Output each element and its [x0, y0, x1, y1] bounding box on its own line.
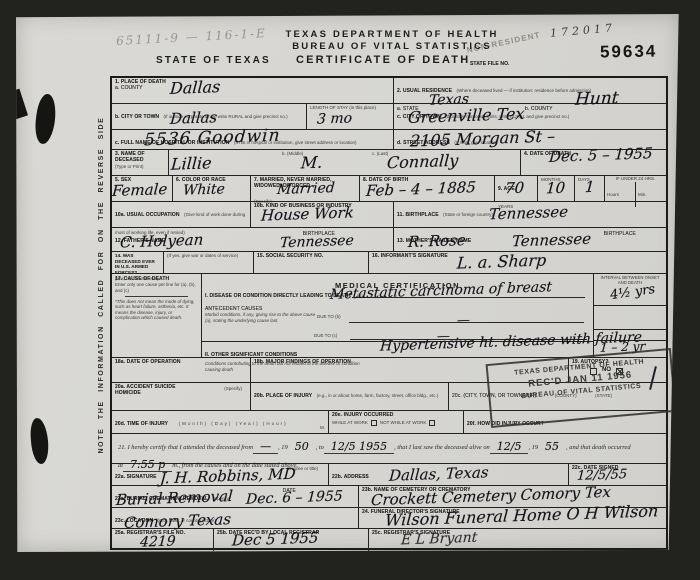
place-of-injury-label: 20b. PLACE OF INJURY [254, 393, 312, 399]
field-last-name: c. (Last) Connally [369, 150, 521, 175]
marital-value: Married [277, 181, 336, 197]
field-date-signed: 22c. DATE SIGNED 12/5/55 [569, 464, 666, 485]
county-value: Dallas [169, 79, 220, 97]
dob-value: Feb – 4 – 1885 [366, 180, 477, 199]
physician-address-value: Dallas, Texas [389, 465, 490, 484]
min-label: Min. [638, 192, 647, 197]
field-middle-name: b. (Middle) M. [279, 150, 369, 175]
while-at-work-label: WHILE AT WORK [332, 420, 368, 426]
scanned-death-certificate: { "side_note": "NOTE THE INFORMATION CAL… [0, 0, 700, 580]
field-burial-location: 23c. LOCATION (City, town, or county) (S… [112, 508, 359, 528]
name-label: 3. NAME OF DECEASED [115, 151, 165, 164]
accident-sub: (Specify) [224, 386, 242, 392]
field-marital-status: 7. MARRIED, NEVER MARRIED, WIDOWED, DIVO… [251, 176, 360, 201]
cert-h5: 55 [538, 440, 566, 453]
field-physician-address: 22b. ADDRESS Dallas, Texas [329, 464, 569, 485]
birthplace-label: 11. BIRTHPLACE [397, 212, 439, 218]
residence-city-value: Greenville Tex [407, 106, 525, 126]
field-hospital: c. FULL NAME OF HOSPITAL OR INSTITUTION … [112, 130, 394, 149]
field-name-of-deceased: 3. NAME OF DECEASED (Type or Print) [112, 150, 169, 175]
registrar-file-value: 4219 [140, 534, 177, 549]
field-armed-forces-war: (If yes, give war or dates of service) [164, 252, 254, 273]
hours-label: Hours [607, 192, 619, 197]
ssn-label: 15. SOCIAL SECURITY NO. [257, 253, 365, 259]
cert-p4: , that I last saw the deceased alive on [394, 444, 490, 451]
field-age-under-24h: IF UNDER 24 HRS. Hours Min. [605, 176, 666, 201]
field-informant: 16. INFORMANT'S SIGNATURE L. a. Sharp [369, 252, 666, 273]
physician-signature-value: J. H. Robbins, MD [160, 467, 297, 487]
certificate-form: 1. PLACE OF DEATH a. COUNTY Dallas 2. US… [110, 76, 668, 550]
while-at-work-checkbox [371, 420, 377, 426]
antecedent-note: Morbid conditions, if any, giving rise t… [205, 312, 317, 323]
interval-a-value: 4½ yrs [609, 283, 656, 302]
antecedent-block: ANTECEDENT CAUSES Morbid conditions, if … [202, 306, 593, 330]
cert-h2: 50 [288, 440, 316, 453]
time-of-injury-m: M. [320, 425, 325, 431]
cert-p1: 21. I hereby certify that I attended the… [118, 444, 253, 451]
header-title: CERTIFICATE OF DEATH [296, 54, 470, 66]
other-significant-conditions: II. OTHER SIGNIFICANT CONDITIONS Conditi… [202, 341, 593, 356]
field-age-years: 9. AGE YEARS 70 [495, 176, 538, 201]
due-to-b: DUE TO (b) — [317, 306, 590, 330]
race-value: White [183, 182, 226, 198]
operation-date-label: 18a. DATE OF OPERATION [115, 359, 247, 365]
field-residence-city: c. CITY OR TOWN (If outside corporate li… [394, 104, 666, 129]
date-of-death-value: Dec. 5 – 1955 [549, 146, 654, 165]
field-physician-signature: 22a. SIGNATURE (Degree or title) J. H. R… [112, 464, 329, 485]
date-signed-value: 12/5/55 [577, 468, 628, 483]
field-place-of-injury: 20b. PLACE OF INJURY (e.g., in or about … [251, 383, 449, 410]
cause-line-a: I. DISEASE OR CONDITION DIRECTLY LEADING… [202, 284, 593, 306]
field-first-name: Lillie [169, 150, 279, 175]
field-mother: 13. MOTHER'S MAIDEN NAME BIRTHPLACE R. R… [394, 228, 666, 251]
cert-h4: 12/5 [490, 440, 529, 454]
field-industry: 10b. KIND OF BUSINESS OR INDUSTRY House … [251, 202, 394, 227]
interval-b-cell [594, 306, 666, 330]
field-race: 6. COLOR OR RACE White [173, 176, 251, 201]
last-name-value: Connally [386, 153, 458, 172]
divider [125, 296, 188, 297]
birthplace-value: Tennessee [488, 205, 568, 223]
cert-p5: , 19 [528, 444, 538, 451]
field-burial: 23a. BURIAL, CREMATION, REMOVAL (Specify… [112, 486, 359, 507]
field-age-days: DAYS 1 [575, 176, 605, 201]
armed-forces-sub2: (If yes, give war or dates of service) [167, 253, 250, 259]
signature-label: 22a. SIGNATURE [115, 474, 157, 480]
field-date-of-death: 4. DATE OF DEATH Dec. 5 – 1955 [521, 150, 666, 175]
age-days-value: 1 [584, 180, 595, 195]
registrar-signature-value: E L Bryant [401, 531, 478, 548]
occupation-label: 10a. USUAL OCCUPATION [115, 212, 180, 218]
usual-residence-sub: (Where deceased lived — if institution: … [457, 88, 592, 93]
cert-h3: 12/5 1955 [324, 440, 394, 454]
field-ssn: 15. SOCIAL SECURITY NO. [254, 252, 369, 273]
field-armed-forces: 14. WAS DECEASED EVER IN U.S. ARMED FORC… [112, 252, 164, 273]
hospital-value: 5536 Goodwin [143, 128, 281, 150]
not-while-at-work-checkbox [429, 420, 435, 426]
state-file-no: 59634 [600, 42, 658, 63]
cert-p3: , to [316, 444, 324, 451]
paper-tear-notch [7, 89, 28, 120]
field-father: 12. FATHER'S NAME BIRTHPLACE C. Holyean … [112, 228, 394, 251]
field-date-of-operation: 18a. DATE OF OPERATION [112, 358, 251, 382]
field-sex: 5. SEX Female [112, 176, 173, 201]
field-usual-residence: 2. USUAL RESIDENCE (Where deceased lived… [394, 78, 666, 103]
hole-punch-top [33, 93, 58, 145]
place-of-injury-sub: (e.g., in or about home, farm, factory, … [317, 393, 439, 398]
middle-name-value: M. [300, 155, 323, 172]
age-years-value: 70 [504, 181, 524, 197]
field-date-received: 25b. DATE REC'D BY LOCAL REGISTRAR Dec 5… [214, 529, 369, 551]
field-occupation: 10a. USUAL OCCUPATION (Give kind of work… [112, 202, 251, 227]
age-months-value: 10 [545, 181, 565, 197]
header-department: TEXAS DEPARTMENT OF HEALTH [192, 29, 592, 40]
certificate-paper: 65111-9 — 116-1-E 172017 NON-RESIDENT TE… [16, 14, 680, 552]
field-funeral-director: 24. FUNERAL DIRECTOR'S SIGNATURE Wilson … [359, 508, 666, 528]
cert-h1: — [253, 440, 278, 454]
informant-signature-value: L. a. Sharp [456, 252, 546, 271]
residence-county-value: Hunt [574, 90, 619, 109]
header-bureau: BUREAU OF VITAL STATISTICS [192, 41, 592, 52]
birthplace-sub: (State or foreign country) [443, 212, 493, 217]
field-injury-occurred: 20e. INJURY OCCURRED WHILE AT WORK NOT W… [329, 411, 464, 433]
field-registrar-signature: 25c. REGISTRAR'S SIGNATURE E L Bryant [369, 529, 666, 551]
city-value: Dallas [169, 110, 217, 127]
header-state-of-texas: STATE OF TEXAS [156, 55, 271, 66]
field-certification-statement: 21. I hereby certify that I attended the… [112, 434, 666, 463]
field-birthplace: 11. BIRTHPLACE (State or foreign country… [394, 202, 666, 227]
state-file-no-label: STATE FILE NO. [470, 61, 510, 67]
length-of-stay-value: 3 mo [317, 111, 353, 126]
father-value: C. Holyean [119, 233, 203, 251]
father-birthplace-value: Tennessee [280, 234, 355, 251]
time-of-injury-label: 20d. TIME OF INJURY [115, 421, 168, 427]
due-to-b-label: DUE TO (b) [317, 314, 341, 320]
field-time-of-injury: 20d. TIME OF INJURY (Month) (Day) (Year)… [112, 411, 329, 433]
cert-p2: , 19 [278, 444, 288, 451]
cause-of-death-note2: *This does not mean the mode of dying, s… [115, 299, 198, 322]
cause-of-death-sidebar: 17. CAUSE OF DEATH Enter only one cause … [112, 274, 202, 357]
injury-occurred-label: 20e. INJURY OCCURRED [332, 412, 460, 418]
cause-of-death-note1: Enter only one cause per line for (a), (… [115, 282, 198, 293]
county-label: a. COUNTY [115, 85, 390, 91]
not-while-at-work-label: NOT WHILE AT WORK [380, 420, 427, 426]
medical-certification-main: MEDICAL CERTIFICATION I. DISEASE OR COND… [202, 274, 594, 357]
interval-column: INTERVAL BETWEEN ONSET AND DEATH 4½ yrs … [594, 274, 666, 357]
burial-value: Burial Removal [116, 489, 234, 508]
field-place-of-death: 1. PLACE OF DEATH a. COUNTY Dallas [112, 78, 394, 103]
field-date-of-birth: 8. DATE OF BIRTH Feb – 4 – 1885 [360, 176, 495, 201]
mother-birthplace-label: BIRTHPLACE [604, 231, 636, 237]
mother-value: R. Rose [407, 233, 466, 250]
hole-punch-bottom [29, 417, 50, 464]
sex-value: Female [111, 182, 167, 199]
time-of-injury-cols: (Month) (Day) (Year) (Hour) [179, 421, 288, 426]
city-label: b. CITY OR TOWN [115, 114, 159, 120]
field-accident-suicide-homicide: 20a. ACCIDENT SUICIDE HOMICIDE (Specify) [112, 383, 251, 410]
middle-name-label: b. (Middle) [282, 151, 366, 157]
due-to-b-value: — [457, 314, 471, 327]
due-to-c-label: DUE TO (c) [314, 333, 337, 339]
field-length-of-stay: LENGTH OF STAY (in this place) 3 mo [307, 104, 394, 129]
cause-a-value: Metastatic carcinoma of breast [330, 280, 553, 302]
field-age-months: MONTHS 10 [538, 176, 575, 201]
field-registrar-file-no: 25a. REGISTRAR'S FILE NO. 4219 [112, 529, 214, 551]
burial-date-value: Dec. 6 – 1955 [246, 489, 344, 506]
armed-forces-label: 14. WAS DECEASED EVER IN U.S. ARMED FORC… [115, 253, 160, 276]
first-name-value: Lillie [170, 155, 212, 172]
reverse-side-note: NOTE THE INFORMATION CALLED FOR ON THE R… [98, 70, 110, 500]
name-sub: (Type or Print) [115, 164, 165, 170]
date-received-value: Dec 5 1955 [232, 530, 320, 548]
location-value: Comory Texas [124, 512, 232, 531]
accident-label: 20a. ACCIDENT SUICIDE HOMICIDE [115, 384, 185, 397]
industry-value: House Work [261, 205, 355, 223]
mother-birthplace-value: Tennessee [511, 232, 591, 250]
address-label: 22b. ADDRESS [332, 474, 369, 480]
